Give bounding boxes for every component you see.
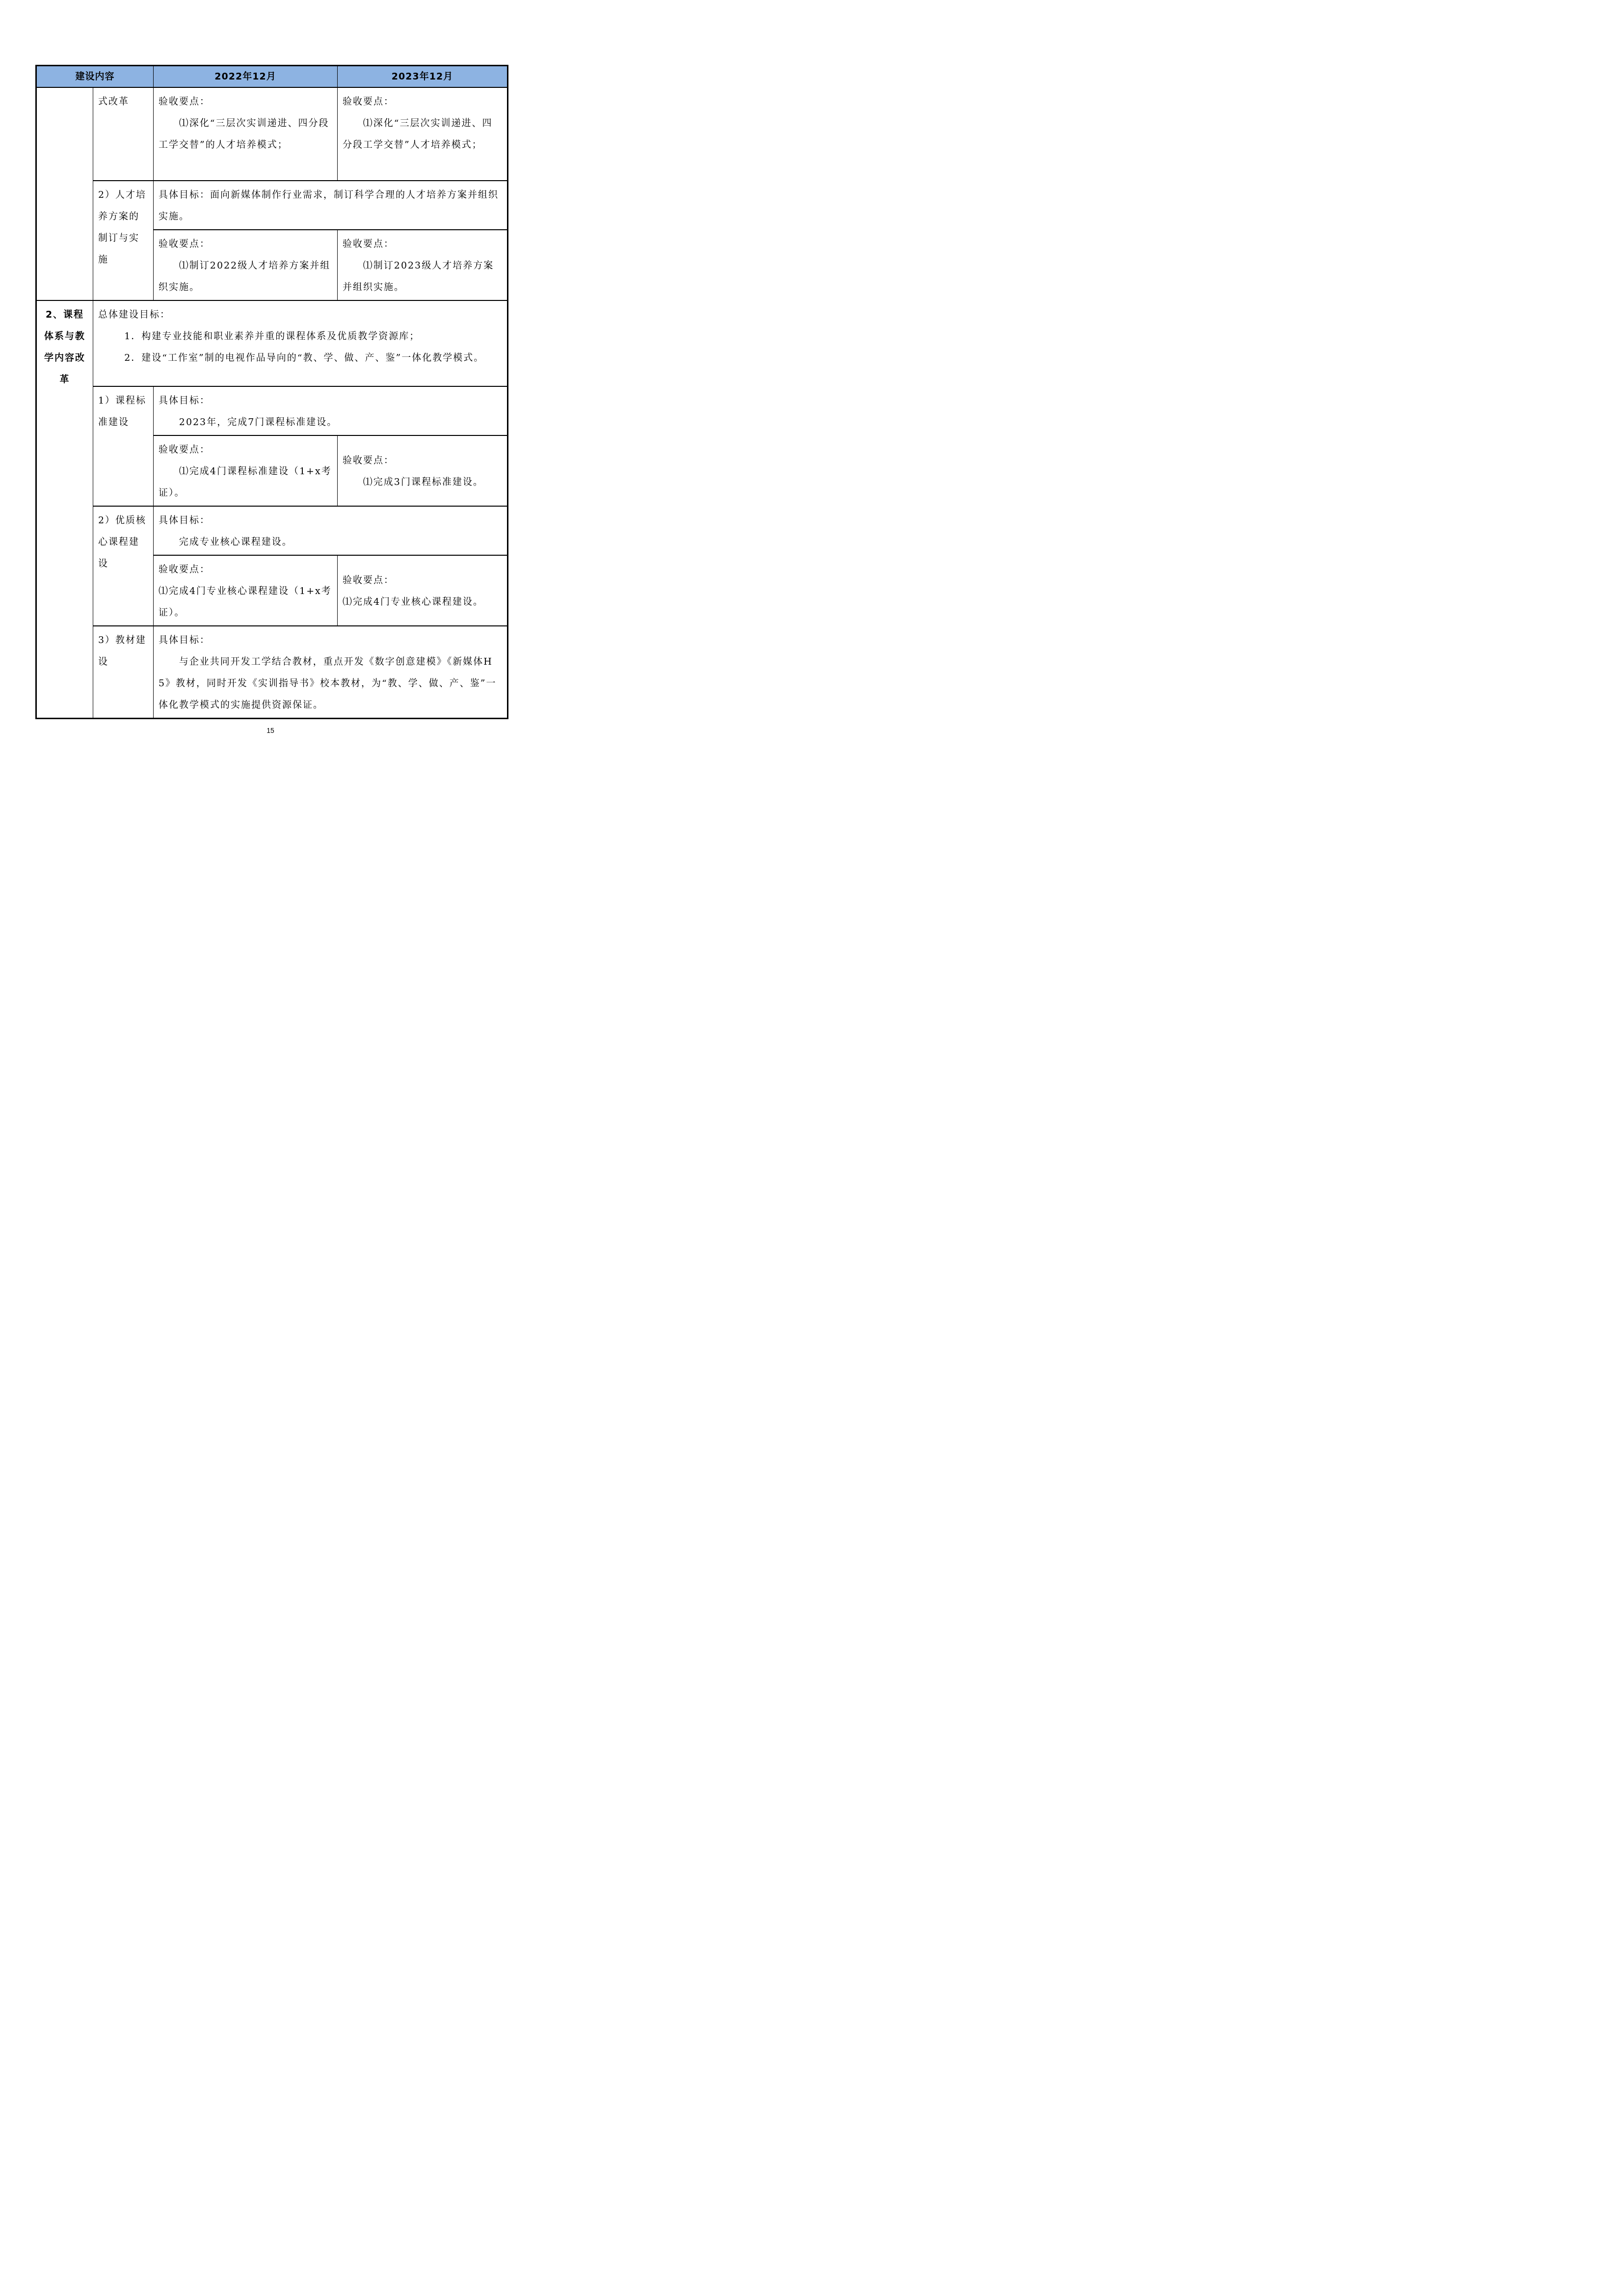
specific-goal-cell: 具体目标： 与企业共同开发工学结合教材，重点开发《数字创意建模》《新媒体H5》教… — [154, 626, 508, 719]
acceptance-point: ⑴制订2023级人才培养方案并组织实施。 — [343, 255, 502, 298]
acceptance-point: ⑴完成4门课程标准建设（1+x考证）。 — [159, 460, 332, 504]
sub-item-label: 2）优质核心课程建设 — [93, 506, 154, 626]
document-page: 建设内容 2022年12月 2023年12月 式改革 验收要点： ⑴深化“三层次… — [0, 0, 541, 765]
acceptance-point: ⑴深化“三层次实训递进、四分段工学交替”人才培养模式； — [343, 112, 502, 156]
table-row: 2）优质核心课程建设 具体目标： 完成专业核心课程建设。 — [36, 506, 508, 555]
category-cell-section1 — [36, 87, 93, 300]
acceptance-2022-cell: 验收要点： ⑴完成4门课程标准建设（1+x考证）。 — [154, 435, 338, 506]
specific-goal-title: 具体目标： — [159, 629, 502, 651]
table-row: 3）教材建设 具体目标： 与企业共同开发工学结合教材，重点开发《数字创意建模》《… — [36, 626, 508, 719]
overall-goal-item: 2．建设“工作室”制的电视作品导向的“教、学、做、产、鉴”一体化教学模式。 — [98, 347, 502, 369]
acceptance-title: 验收要点： — [159, 233, 332, 255]
table-row: 式改革 验收要点： ⑴深化“三层次实训递进、四分段工学交替”的人才培养模式； 验… — [36, 87, 508, 181]
page-number: 15 — [0, 727, 541, 734]
specific-goal-cell: 具体目标：面向新媒体制作行业需求，制订科学合理的人才培养方案并组织实施。 — [154, 181, 508, 230]
acceptance-2022-cell: 验收要点： ⑴深化“三层次实训递进、四分段工学交替”的人才培养模式； — [154, 87, 338, 181]
acceptance-point: ⑴完成4门专业核心课程建设（1+x考证）。 — [159, 580, 332, 623]
acceptance-title: 验收要点： — [159, 559, 332, 580]
acceptance-point: ⑴完成4门专业核心课程建设。 — [343, 591, 502, 613]
acceptance-title: 验收要点： — [159, 439, 332, 460]
sub-item-label: 1）课程标准建设 — [93, 386, 154, 506]
acceptance-point: ⑴完成3门课程标准建设。 — [343, 471, 502, 493]
specific-goal-cell: 具体目标： 完成专业核心课程建设。 — [154, 506, 508, 555]
acceptance-point: ⑴制订2022级人才培养方案并组织实施。 — [159, 255, 332, 298]
header-2022-dec: 2022年12月 — [154, 66, 338, 88]
category-cell-section2: 2、课程体系与教学内容改革 — [36, 300, 93, 719]
acceptance-title: 验收要点： — [343, 450, 502, 471]
overall-goal-title: 总体建设目标： — [98, 304, 502, 325]
acceptance-2023-cell: 验收要点： ⑴完成3门课程标准建设。 — [338, 435, 508, 506]
table-row: 2、课程体系与教学内容改革 总体建设目标： 1．构建专业技能和职业素养并重的课程… — [36, 300, 508, 386]
specific-goal-text: 与企业共同开发工学结合教材，重点开发《数字创意建模》《新媒体H5》教材，同时开发… — [159, 651, 502, 716]
specific-goal-title: 具体目标： — [159, 390, 502, 411]
acceptance-2022-cell: 验收要点： ⑴完成4门专业核心课程建设（1+x考证）。 — [154, 555, 338, 626]
table-row: 2）人才培养方案的制订与实施 具体目标：面向新媒体制作行业需求，制订科学合理的人… — [36, 181, 508, 230]
overall-goal-item: 1．构建专业技能和职业素养并重的课程体系及优质教学资源库； — [98, 325, 502, 347]
specific-goal-text: 完成专业核心课程建设。 — [159, 531, 502, 553]
sub-item-label: 式改革 — [93, 87, 154, 181]
specific-goal-text: 2023年，完成7门课程标准建设。 — [159, 411, 502, 433]
sub-item-label: 3）教材建设 — [93, 626, 154, 719]
header-2023-dec: 2023年12月 — [338, 66, 508, 88]
acceptance-2023-cell: 验收要点： ⑴完成4门专业核心课程建设。 — [338, 555, 508, 626]
acceptance-title: 验收要点： — [343, 569, 502, 591]
construction-plan-table: 建设内容 2022年12月 2023年12月 式改革 验收要点： ⑴深化“三层次… — [35, 65, 508, 719]
acceptance-point: ⑴深化“三层次实训递进、四分段工学交替”的人才培养模式； — [159, 112, 332, 156]
acceptance-2022-cell: 验收要点： ⑴制订2022级人才培养方案并组织实施。 — [154, 230, 338, 300]
acceptance-2023-cell: 验收要点： ⑴深化“三层次实训递进、四分段工学交替”人才培养模式； — [338, 87, 508, 181]
acceptance-2023-cell: 验收要点： ⑴制订2023级人才培养方案并组织实施。 — [338, 230, 508, 300]
acceptance-title: 验收要点： — [159, 91, 332, 112]
overall-goal-cell: 总体建设目标： 1．构建专业技能和职业素养并重的课程体系及优质教学资源库； 2．… — [93, 300, 508, 386]
table-header-row: 建设内容 2022年12月 2023年12月 — [36, 66, 508, 88]
header-construction-content: 建设内容 — [36, 66, 154, 88]
acceptance-title: 验收要点： — [343, 91, 502, 112]
sub-item-label: 2）人才培养方案的制订与实施 — [93, 181, 154, 300]
table-row: 1）课程标准建设 具体目标： 2023年，完成7门课程标准建设。 — [36, 386, 508, 435]
specific-goal-cell: 具体目标： 2023年，完成7门课程标准建设。 — [154, 386, 508, 435]
acceptance-title: 验收要点： — [343, 233, 502, 255]
specific-goal-title: 具体目标： — [159, 510, 502, 531]
